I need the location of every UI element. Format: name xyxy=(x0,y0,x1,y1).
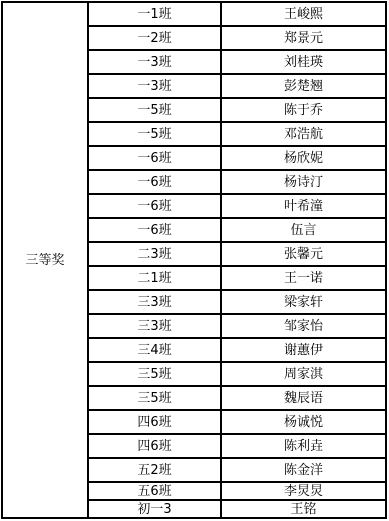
class-cell: 一6班 xyxy=(88,218,221,242)
name-cell: 伍言 xyxy=(221,218,386,242)
class-cell: 五2班 xyxy=(88,458,221,482)
name-cell: 王峻熙 xyxy=(221,2,386,26)
name-cell: 杨诗汀 xyxy=(221,170,386,194)
name-cell: 邹家怡 xyxy=(221,314,386,338)
class-cell: 四6班 xyxy=(88,410,221,434)
name-cell: 魏辰语 xyxy=(221,386,386,410)
name-cell: 王一诺 xyxy=(221,266,386,290)
class-cell: 一6班 xyxy=(88,194,221,218)
class-cell: 三5班 xyxy=(88,362,221,386)
name-cell: 刘桂瑛 xyxy=(221,50,386,74)
name-cell: 郑景元 xyxy=(221,26,386,50)
class-cell: 一5班 xyxy=(88,122,221,146)
award-label: 三等奖 xyxy=(25,253,64,268)
name-cell: 杨欣妮 xyxy=(221,146,386,170)
class-cell: 一2班 xyxy=(88,26,221,50)
name-cell: 陈于乔 xyxy=(221,98,386,122)
class-cell: 三4班 xyxy=(88,338,221,362)
class-cell: 二3班 xyxy=(88,242,221,266)
award-cell: 三等奖 xyxy=(2,2,88,518)
class-cell: 三3班 xyxy=(88,290,221,314)
name-cell: 邓浩航 xyxy=(221,122,386,146)
name-cell: 张馨元 xyxy=(221,242,386,266)
class-cell: 三5班 xyxy=(88,386,221,410)
name-cell: 陈利垚 xyxy=(221,434,386,458)
name-cell: 叶希潼 xyxy=(221,194,386,218)
class-cell: 五6班 xyxy=(88,482,221,500)
award-table: 三等奖 一1班 王峻熙 一2班郑景元 一3班刘桂瑛 一3班彭楚翘 一5班陈于乔 … xyxy=(1,1,387,519)
class-cell: 一3班 xyxy=(88,50,221,74)
class-cell: 二1班 xyxy=(88,266,221,290)
class-cell: 初一3 xyxy=(88,500,221,518)
name-cell: 李炅炅 xyxy=(221,482,386,500)
class-cell: 四6班 xyxy=(88,434,221,458)
class-cell: 一5班 xyxy=(88,98,221,122)
class-cell: 一6班 xyxy=(88,146,221,170)
name-cell: 周家淇 xyxy=(221,362,386,386)
name-cell: 谢蕙伊 xyxy=(221,338,386,362)
name-cell: 王铭 xyxy=(221,500,386,518)
name-cell: 杨诚悦 xyxy=(221,410,386,434)
class-cell: 一1班 xyxy=(88,2,221,26)
class-cell: 一6班 xyxy=(88,170,221,194)
name-cell: 梁家轩 xyxy=(221,290,386,314)
table-row: 三等奖 一1班 王峻熙 xyxy=(2,2,386,26)
name-cell: 彭楚翘 xyxy=(221,74,386,98)
class-cell: 三3班 xyxy=(88,314,221,338)
class-cell: 一3班 xyxy=(88,74,221,98)
name-cell: 陈金洋 xyxy=(221,458,386,482)
